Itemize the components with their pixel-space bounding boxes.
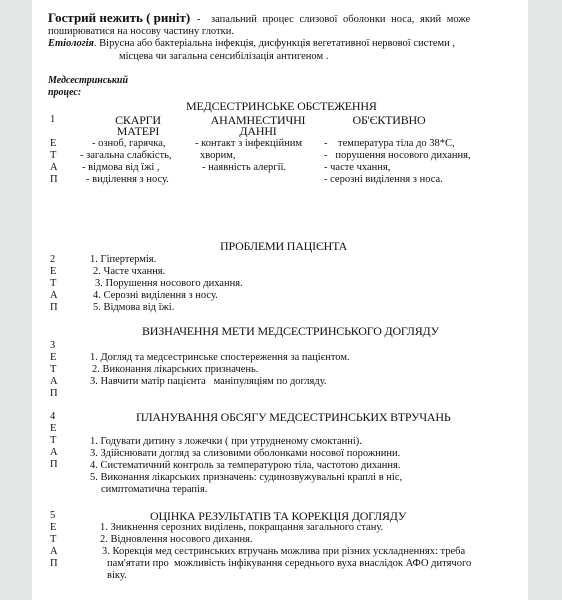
stage3-letter: Е — [50, 352, 64, 364]
stage2-letter: Т — [50, 278, 64, 290]
problem-item: 2. Часте чхання. — [93, 266, 165, 278]
goal-item: 1. Догляд та медсестринське спостереженн… — [90, 352, 350, 364]
stage3-letter: П — [50, 388, 64, 400]
stage5-letter: П — [50, 558, 64, 570]
goal-item: 3. Навчити матір пацієнта маніпуляціям п… — [90, 376, 327, 388]
complaint-item: - відмова від їжі , — [82, 162, 160, 174]
evaluation-item: 2. Відновлення носового дихання. — [100, 534, 253, 546]
stage1-letter: Е — [50, 138, 64, 150]
objective-item: - порушення носового дихання, — [324, 150, 471, 162]
disease-title-line: Гострий нежить ( риніт) - запальний проц… — [48, 12, 470, 26]
stage5-heading: ОЦІНКА РЕЗУЛЬТАТІВ ТА КОРЕКЦІЯ ДОГЛЯДУ — [150, 510, 406, 522]
evaluation-item: віку. — [107, 570, 127, 582]
anamnesis-item: - наявність алергії. — [202, 162, 286, 174]
stage1-letter: Т — [50, 150, 64, 162]
process-label-line-1: Медсестринський — [48, 75, 128, 87]
problem-item: 4. Серозні виділення з носу. — [93, 290, 218, 302]
stage5-letter: Т — [50, 534, 64, 546]
objective-item: - серозні виділення з носа. — [324, 174, 443, 186]
stage5-number: 5 — [50, 510, 64, 522]
stage4-letter: П — [50, 459, 64, 471]
stage5-letter: А — [50, 546, 64, 558]
plan-item: 4. Систематичний контроль за температуро… — [90, 460, 400, 472]
definition-line-1: запальний процес слизової оболонки носа,… — [211, 14, 470, 25]
evaluation-item: 3. Корекція мед сестринських втручань мо… — [102, 546, 465, 558]
stage4-heading: ПЛАНУВАННЯ ОБСЯГУ МЕДСЕСТРИНСЬКИХ ВТРУЧА… — [136, 411, 451, 423]
etiology-line-2: місцева чи загальна сенсибілізація антиг… — [119, 51, 328, 63]
plan-item: 5. Виконання лікарських призначень: суди… — [90, 472, 402, 484]
title-dash: - — [197, 14, 201, 25]
evaluation-item: пам'ятати про можливість інфікування сер… — [107, 558, 471, 570]
stage1-letter: П — [50, 174, 64, 186]
problem-item: 3. Порушення носового дихання. — [95, 278, 243, 290]
stage1-col1-header-2: МАТЕРІ — [117, 125, 159, 137]
plan-item: 3. Здійснювати догляд за слизовими оболо… — [90, 448, 400, 460]
stage2-letter: Е — [50, 266, 64, 278]
goal-item: 2. Виконання лікарських призначень. — [92, 364, 258, 376]
definition-line-2: поширюватися на носову частину глотки. — [48, 26, 234, 38]
process-label-line-2: процес: — [48, 87, 81, 99]
objective-item: - температура тіла до 38*С, — [324, 138, 455, 150]
anamnesis-item: хворим, — [200, 150, 236, 162]
stage3-heading: ВИЗНАЧЕННЯ МЕТИ МЕДСЕСТРИНСЬКОГО ДОГЛЯДУ — [142, 325, 439, 337]
anamnesis-item: - контакт з інфекційним — [195, 138, 302, 150]
etiology-line-1: Етіологія. Вірусна або бактеріальна інфе… — [48, 38, 455, 50]
stage1-col3-header: ОБ'ЄКТИВНО — [353, 114, 426, 126]
stage4-letter: Т — [50, 435, 64, 447]
evaluation-item: 1. Зникнення серозних виділень, покращан… — [100, 522, 383, 534]
stage2-number: 2 — [50, 254, 64, 266]
stage4-letter: Е — [50, 423, 64, 435]
etiology-label: Етіологія — [48, 38, 94, 49]
stage1-number: 1 — [50, 114, 55, 126]
stage1-letter: А — [50, 162, 64, 174]
document-page: Гострий нежить ( риніт) - запальний проц… — [32, 0, 528, 600]
stage2-letter: А — [50, 290, 64, 302]
stage3-letter: Т — [50, 364, 64, 376]
stage2-heading: ПРОБЛЕМИ ПАЦІЄНТА — [220, 240, 347, 252]
objective-item: - часте чхання, — [324, 162, 390, 174]
plan-item: симптоматична терапія. — [101, 484, 207, 496]
stage3-letter: А — [50, 376, 64, 388]
stage2-letter: П — [50, 302, 64, 314]
stage4-number: 4 — [50, 411, 64, 423]
complaint-item: - виділення з носу. — [86, 174, 169, 186]
complaint-item: - загальна слабкість, — [80, 150, 172, 162]
disease-title: Гострий нежить ( риніт) — [48, 10, 190, 25]
plan-item: 1. Годувати дитину з ложечки ( при утруд… — [90, 436, 362, 448]
stage5-letter: Е — [50, 522, 64, 534]
stage4-letter: А — [50, 447, 64, 459]
stage3-number: 3 — [50, 340, 64, 352]
etiology-text: . Вірусна або бактеріальна інфекція, дис… — [94, 38, 455, 49]
stage1-col2-header-2: ДАННІ — [239, 125, 276, 137]
complaint-item: - озноб, гарячка, — [92, 138, 166, 150]
problem-item: 5. Відмова від їжі. — [93, 302, 174, 314]
stage1-heading: МЕДСЕСТРИНСЬКЕ ОБСТЕЖЕННЯ — [186, 100, 377, 112]
problem-item: 1. Гіпертермія. — [90, 254, 156, 266]
